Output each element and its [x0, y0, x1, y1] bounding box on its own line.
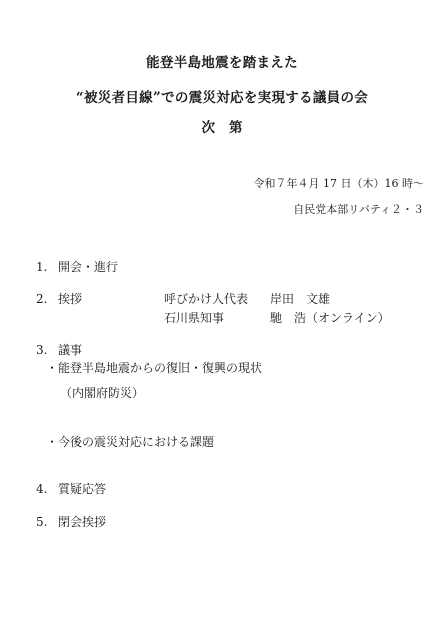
- document-page: 能登半島地震を踏まえた “被災者目線”での震災対応を実現する議員の会 次第 令和…: [0, 0, 444, 630]
- agenda-number: 4.: [36, 482, 58, 496]
- agenda-number: 3.: [36, 343, 58, 357]
- agenda-subitem-1: ・能登半島地震からの復旧・復興の現状: [46, 359, 262, 376]
- agenda-label: 閉会挨拶: [58, 515, 106, 529]
- agenda-item-5: 5.閉会挨拶: [36, 513, 106, 530]
- agenda-subitem-1-note: （内閣府防災）: [60, 384, 144, 401]
- speaker-role-2: 石川県知事: [164, 309, 224, 326]
- speaker-name-1: 岸田 文雄: [270, 290, 330, 307]
- title-line-2: “被災者目線”での震災対応を実現する議員の会: [0, 86, 444, 106]
- agenda-label: 議事: [58, 343, 82, 357]
- agenda-label: 挨拶: [58, 292, 82, 306]
- title-line-3: 次第: [0, 116, 444, 136]
- meeting-location: 自民党本部リバティ２・３: [293, 201, 424, 217]
- agenda-number: 5.: [36, 515, 58, 529]
- agenda-item-1: 1.開会・進行: [36, 258, 118, 275]
- speaker-role-1: 呼びかけ人代表: [164, 290, 248, 307]
- agenda-label: 質疑応答: [58, 482, 106, 496]
- speaker-name-2: 馳 浩（オンライン）: [270, 309, 390, 326]
- agenda-item-2: 2.挨拶: [36, 290, 82, 307]
- agenda-item-4: 4.質疑応答: [36, 480, 106, 497]
- agenda-number: 2.: [36, 292, 58, 306]
- agenda-subitem-2: ・今後の震災対応における課題: [46, 433, 214, 450]
- agenda-label: 開会・進行: [58, 260, 118, 274]
- meeting-date-time: 令和７年４月 17 日（木）16 時～: [254, 175, 424, 191]
- agenda-number: 1.: [36, 260, 58, 274]
- title-line-1: 能登半島地震を踏まえた: [0, 51, 444, 71]
- agenda-item-3: 3.議事: [36, 341, 82, 358]
